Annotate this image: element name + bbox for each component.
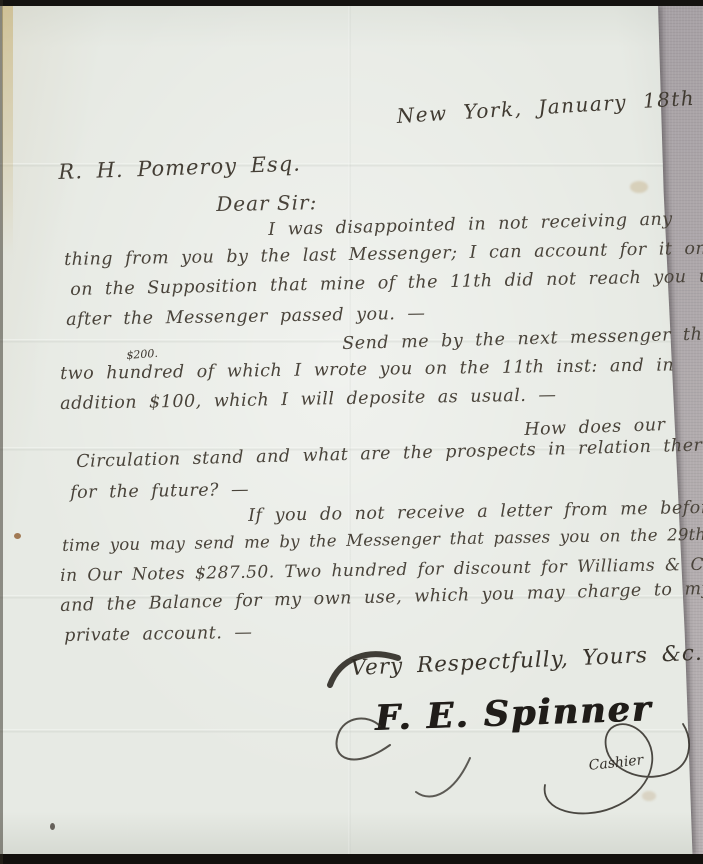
photo-edge-top	[0, 0, 703, 6]
fold-crease-vertical	[348, 5, 351, 854]
stain-spot	[50, 823, 55, 830]
interlineation-amount: $200.	[126, 347, 158, 362]
photo-edge-bottom	[0, 854, 703, 864]
stain-spot	[642, 791, 656, 801]
salutation: Dear Sir:	[216, 190, 318, 216]
stain-spot	[630, 181, 648, 193]
letter-photo: New York, January 18th 1847. R. H. Pomer…	[0, 0, 703, 864]
stain-spot	[14, 533, 21, 539]
yellowed-paper-edge	[2, 6, 13, 256]
body-line: private account. —	[64, 623, 253, 646]
body-line: for the future? —	[70, 480, 249, 503]
